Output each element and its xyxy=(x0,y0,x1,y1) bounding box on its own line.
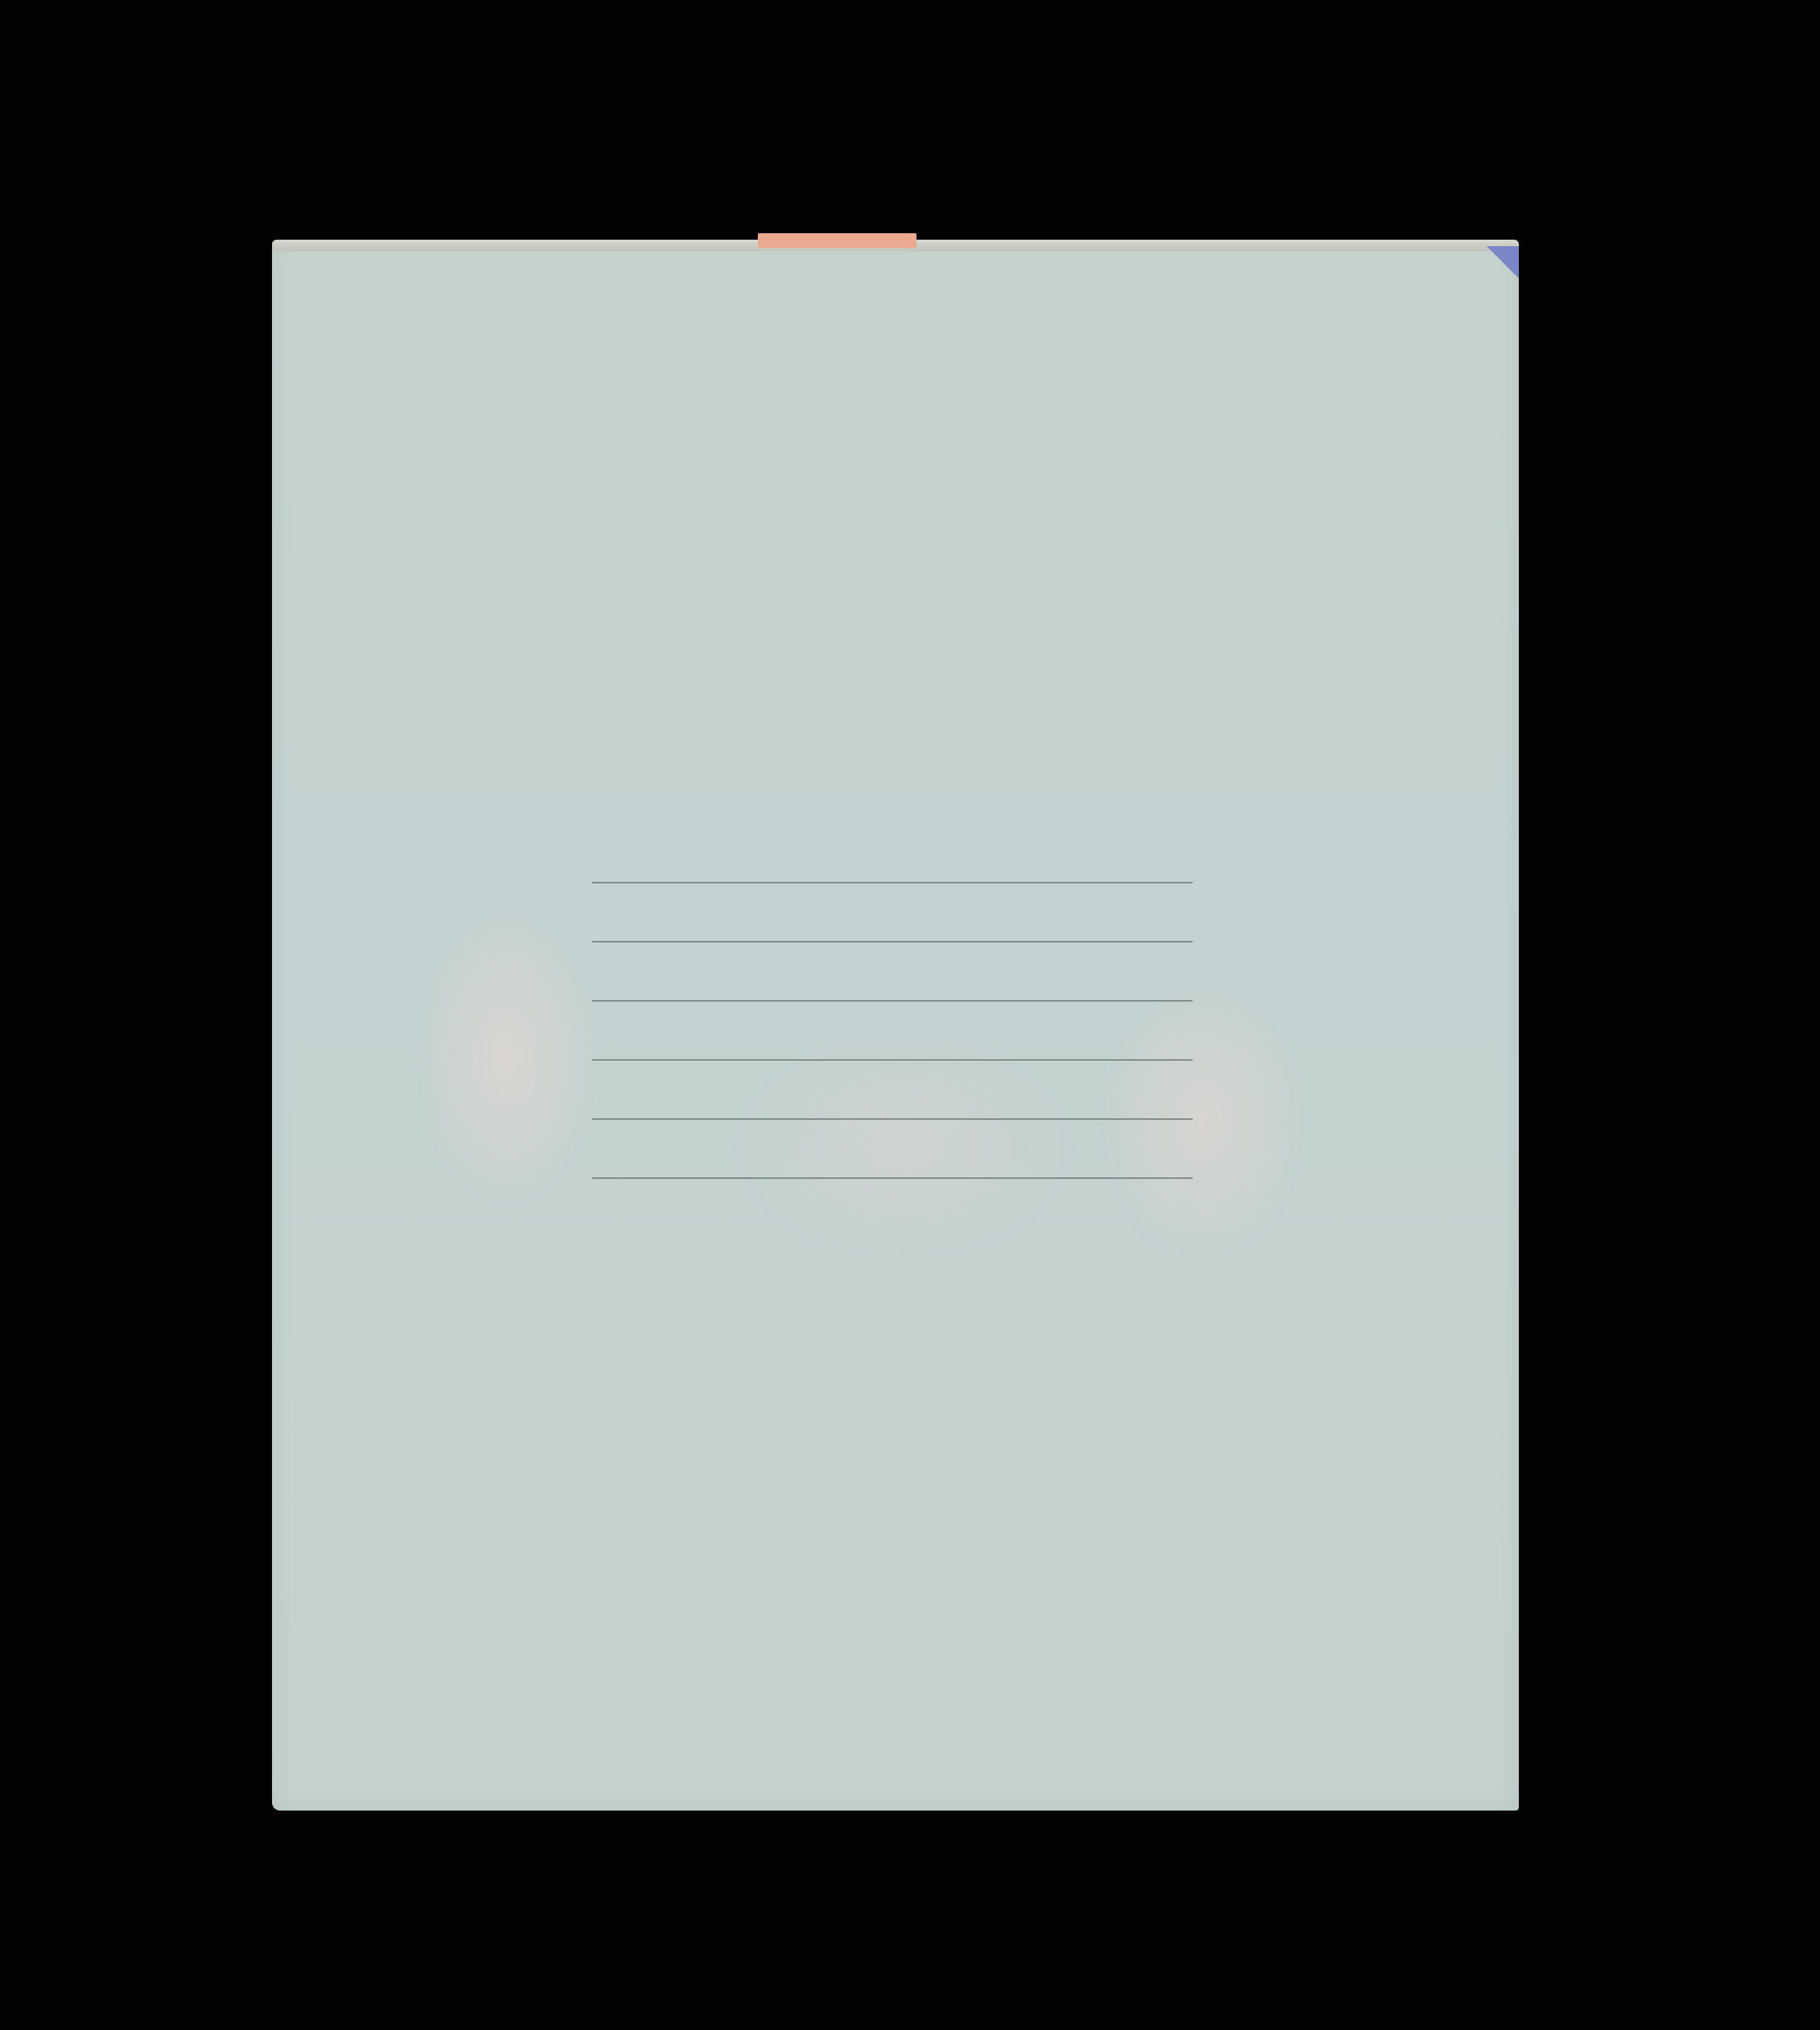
label-area xyxy=(592,882,1193,1236)
label-line xyxy=(592,1059,1193,1061)
notebook-cover xyxy=(272,240,1519,1811)
label-line xyxy=(592,1000,1193,1002)
orange-tab xyxy=(758,233,916,248)
blue-corner xyxy=(1486,246,1519,279)
label-line xyxy=(592,941,1193,943)
label-line xyxy=(592,1177,1193,1179)
label-line xyxy=(592,882,1193,883)
label-line xyxy=(592,1118,1193,1120)
